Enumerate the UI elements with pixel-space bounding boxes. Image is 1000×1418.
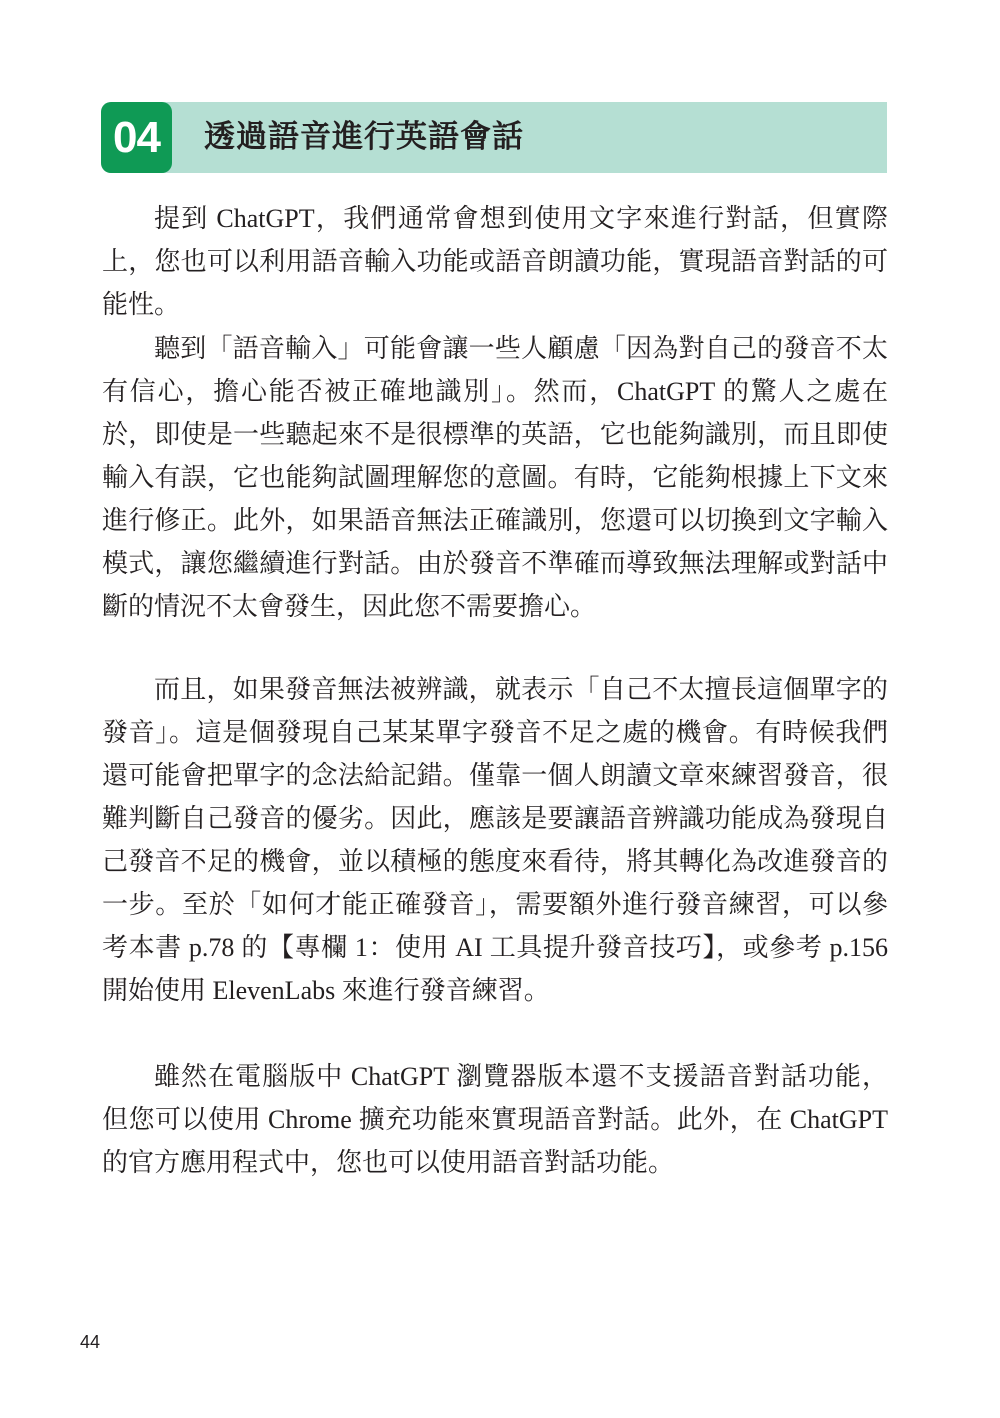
paragraph-line: 發音」。這是個發現自己某某單字發音不足之處的機會。有時候我們 [102, 711, 888, 754]
paragraph-4: 雖然在電腦版中 ChatGPT 瀏覽器版本還不支援語音對話功能， 但您可以使用 … [102, 1055, 888, 1184]
page-number: 44 [80, 1332, 100, 1353]
paragraph-line: 斷的情況不太會發生，因此您不需要擔心。 [102, 585, 888, 628]
paragraph-line: 但您可以使用 Chrome 擴充功能來實現語音對話。此外，在 ChatGPT [102, 1098, 888, 1141]
paragraph-line: 還可能會把單字的念法給記錯。僅靠一個人朗讀文章來練習發音，很 [102, 754, 888, 797]
paragraph-line: 的官方應用程式中，您也可以使用語音對話功能。 [102, 1141, 888, 1184]
paragraph-line: 己發音不足的機會，並以積極的態度來看待，將其轉化為改進發音的 [102, 840, 888, 883]
paragraph-line: 一步。至於「如何才能正確發音」，需要額外進行發音練習，可以參 [102, 883, 888, 926]
paragraph-1: 提到 ChatGPT，我們通常會想到使用文字來進行對話，但實際 上，您也可以利用… [102, 197, 888, 326]
paragraph-3: 而且，如果發音無法被辨識，就表示「自己不太擅長這個單字的 發音」。這是個發現自己… [102, 668, 888, 1012]
section-number-badge: 04 [101, 102, 172, 173]
paragraph-2: 聽到「語音輸入」可能會讓一些人顧慮「因為對自己的發音不太 有信心，擔心能否被正確… [102, 327, 888, 628]
section-header: 04 透過語音進行英語會話 [101, 102, 887, 173]
section-title: 透過語音進行英語會話 [204, 102, 524, 173]
paragraph-line: 模式，讓您繼續進行對話。由於發音不準確而導致無法理解或對話中 [102, 542, 888, 585]
paragraph-line: 進行修正。此外，如果語音無法正確識別，您還可以切換到文字輸入 [102, 499, 888, 542]
paragraph-line: 雖然在電腦版中 ChatGPT 瀏覽器版本還不支援語音對話功能， [102, 1055, 888, 1098]
paragraph-line: 能性。 [102, 283, 888, 326]
paragraph-line: 於，即使是一些聽起來不是很標準的英語，它也能夠識別，而且即使 [102, 413, 888, 456]
paragraph-line: 難判斷自己發音的優劣。因此，應該是要讓語音辨識功能成為發現自 [102, 797, 888, 840]
paragraph-line: 有信心，擔心能否被正確地識別」。然而，ChatGPT 的驚人之處在 [102, 370, 888, 413]
paragraph-line: 輸入有誤，它也能夠試圖理解您的意圖。有時，它能夠根據上下文來 [102, 456, 888, 499]
paragraph-line: 聽到「語音輸入」可能會讓一些人顧慮「因為對自己的發音不太 [102, 327, 888, 370]
paragraph-line: 考本書 p.78 的【專欄 1：使用 AI 工具提升發音技巧】，或參考 p.15… [102, 926, 888, 969]
paragraph-line: 上，您也可以利用語音輸入功能或語音朗讀功能，實現語音對話的可 [102, 240, 888, 283]
paragraph-line: 開始使用 ElevenLabs 來進行發音練習。 [102, 969, 888, 1012]
paragraph-line: 提到 ChatGPT，我們通常會想到使用文字來進行對話，但實際 [102, 197, 888, 240]
paragraph-line: 而且，如果發音無法被辨識，就表示「自己不太擅長這個單字的 [102, 668, 888, 711]
